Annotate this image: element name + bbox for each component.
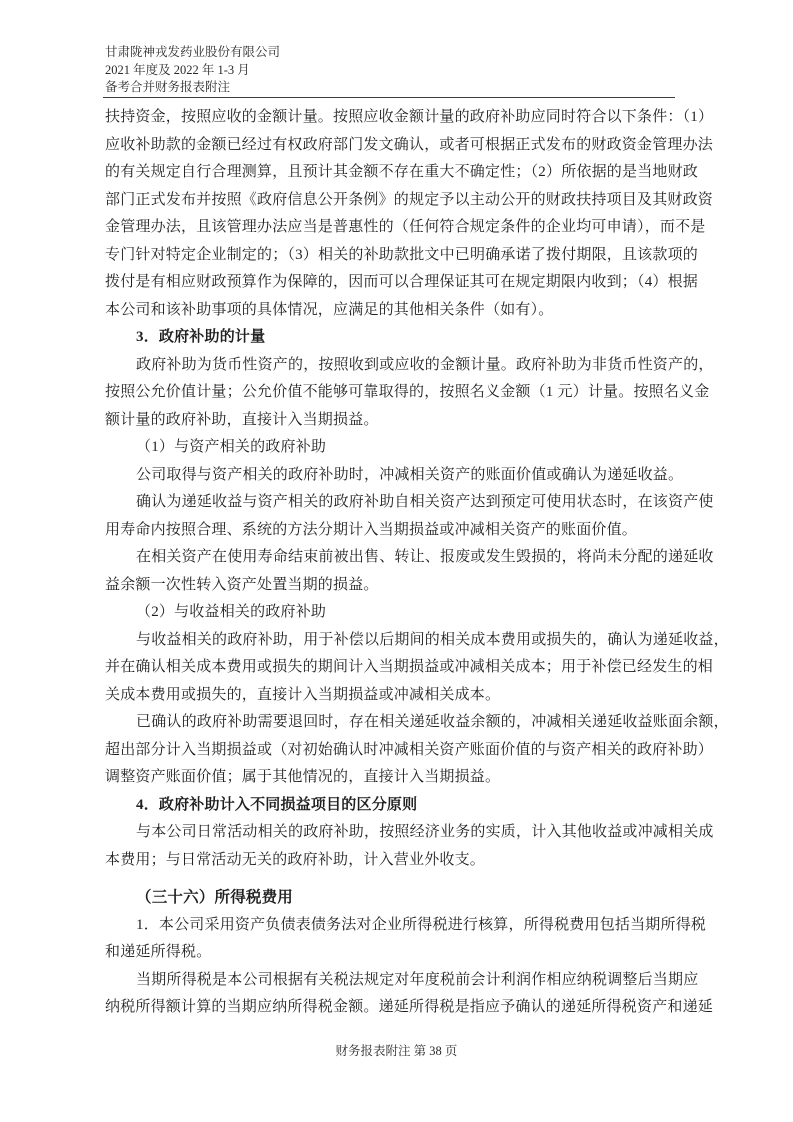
text-line: 拨付是有相应财政预算作为保障的，因而可以合理保证其可在规定期限内收到；（4）根据 xyxy=(105,269,705,297)
text-line: 已确认的政府补助需要退回时，存在相关递延收益余额的，冲减相关递延收益账面余额， xyxy=(105,709,705,737)
text-line: 1．本公司采用资产负债表债务法对企业所得税进行核算，所得税费用包括当期所得税 xyxy=(105,912,705,940)
text-line: 与本公司日常活动相关的政府补助，按照经济业务的实质，计入其他收益或冲减相关成 xyxy=(105,819,705,847)
text-line: 调整资产账面价值；属于其他情况的，直接计入当期损益。 xyxy=(105,764,705,792)
text-line: 扶持资金，按照应收的金额计量。按照应收金额计量的政府补助应同时符合以下条件：（1… xyxy=(105,104,705,132)
text-line: 和递延所得税。 xyxy=(105,939,705,967)
header-doc-title: 备考合并财务报表附注 xyxy=(105,79,280,97)
text-line: 与收益相关的政府补助，用于补偿以后期间的相关成本费用或损失的，确认为递延收益， xyxy=(105,627,705,655)
text-line: 确认为递延收益与资产相关的政府补助自相关资产达到预定可使用状态时，在该资产使 xyxy=(105,489,705,517)
text-line: （1）与资产相关的政府补助 xyxy=(105,434,705,462)
text-line: 额计量的政府补助，直接计入当期损益。 xyxy=(105,407,705,435)
text-line: 的有关规定自行合理测算，且预计其金额不存在重大不确定性；（2）所依据的是当地财政 xyxy=(105,159,705,187)
text-line: （2）与收益相关的政府补助 xyxy=(105,599,705,627)
header-divider xyxy=(103,97,675,98)
text-line: 当期所得税是本公司根据有关税法规定对年度税前会计利润作相应纳税调整后当期应 xyxy=(105,967,705,995)
text-line: 纳税所得额计算的当期应纳所得税金额。递延所得税是指应予确认的递延所得税资产和递延 xyxy=(105,994,705,1022)
text-line: 在相关资产在使用寿命结束前被出售、转让、报废或发生毁损的，将尚未分配的递延收 xyxy=(105,544,705,572)
text-line: 政府补助为货币性资产的，按照收到或应收的金额计量。政府补助为非货币性资产的， xyxy=(105,352,705,380)
text-line: 并在确认相关成本费用或损失的期间计入当期损益或冲减相关成本；用于补偿已经发生的相 xyxy=(105,654,705,682)
page-footer: 财务报表附注 第 38 页 xyxy=(0,1041,793,1059)
text-line: 本公司和该补助事项的具体情况，应满足的其他相关条件（如有）。 xyxy=(105,297,705,325)
text-line: 公司取得与资产相关的政府补助时，冲减相关资产的账面价值或确认为递延收益。 xyxy=(105,462,705,490)
header-period: 2021 年度及 2022 年 1-3 月 xyxy=(105,62,280,80)
page-number: 财务报表附注 第 38 页 xyxy=(336,1044,458,1058)
page-header: 甘肃陇神戎发药业股份有限公司 2021 年度及 2022 年 1-3 月 备考合… xyxy=(105,44,280,97)
text-line: 超出部分计入当期损益或（对初始确认时冲减相关资产账面价值的与资产相关的政府补助） xyxy=(105,737,705,765)
text-line: 金管理办法，且该管理办法应当是普惠性的（任何符合规定条件的企业均可申请），而不是 xyxy=(105,214,705,242)
heading-line: 3．政府补助的计量 xyxy=(105,324,705,352)
text-line: 用寿命内按照合理、系统的方法分期计入当期损益或冲减相关资产的账面价值。 xyxy=(105,517,705,545)
heading-line: 4．政府补助计入不同损益项目的区分原则 xyxy=(105,792,705,820)
document-body: 扶持资金，按照应收的金额计量。按照应收金额计量的政府补助应同时符合以下条件：（1… xyxy=(105,104,705,1022)
text-line: 专门针对特定企业制定的；（3）相关的补助款批文中已明确承诺了拨付期限，且该款项的 xyxy=(105,242,705,270)
header-company: 甘肃陇神戎发药业股份有限公司 xyxy=(105,44,280,62)
heading-line: （三十六）所得税费用 xyxy=(105,884,705,912)
text-line: 部门正式发布并按照《政府信息公开条例》的规定予以主动公开的财政扶持项目及其财政资 xyxy=(105,187,705,215)
text-line: 益余额一次性转入资产处置当期的损益。 xyxy=(105,572,705,600)
text-line: 关成本费用或损失的，直接计入当期损益或冲减相关成本。 xyxy=(105,682,705,710)
text-line: 应收补助款的金额已经过有权政府部门发文确认，或者可根据正式发布的财政资金管理办法 xyxy=(105,132,705,160)
text-line: 按照公允价值计量；公允价值不能够可靠取得的，按照名义金额（1 元）计量。按照名义… xyxy=(105,379,705,407)
document-page: 甘肃陇神戎发药业股份有限公司 2021 年度及 2022 年 1-3 月 备考合… xyxy=(0,0,793,1122)
text-line: 本费用；与日常活动无关的政府补助，计入营业外收支。 xyxy=(105,847,705,875)
